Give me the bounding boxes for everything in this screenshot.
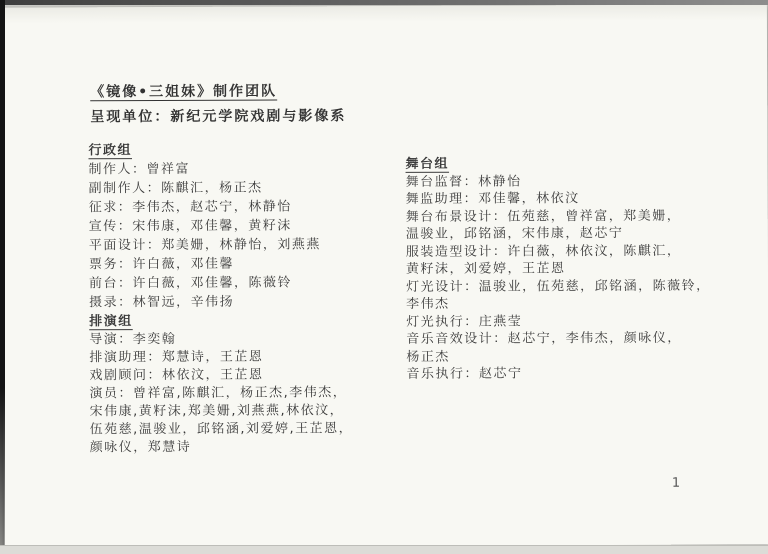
credit-line: 杨正杰 xyxy=(406,347,741,366)
credit-line: 音乐音效设计：赵芯宁，李伟杰，颜咏仪， xyxy=(406,329,741,348)
admin-section: 行政组 制作人：曾祥富副制作人：陈麒汇，杨正杰征求：李伟杰，赵芯宁，林静怡宣传：… xyxy=(88,140,404,312)
credit-line: 灯光执行：庄燕莹 xyxy=(406,312,741,331)
credit-line: 灯光设计：温骏业，伍苑慈，邱铭涵，陈薇铃， xyxy=(406,277,741,296)
admin-credit-lines: 制作人：曾祥富副制作人：陈麒汇，杨正杰征求：李伟杰，赵芯宁，林静怡宣传：宋伟康，… xyxy=(88,159,404,312)
credit-line: 制作人：曾祥富 xyxy=(88,159,403,179)
section-heading-rehearsal: 排演组 xyxy=(89,312,404,331)
credit-line: 舞台监督：林静怡 xyxy=(406,172,741,191)
section-heading-admin: 行政组 xyxy=(88,140,403,160)
document-title: 《镜像•三姐妹》制作团队 xyxy=(90,80,277,101)
paper-sheet: 《镜像•三姐妹》制作团队 呈现单位：新纪元学院戏剧与影像系 行政组 制作人：曾祥… xyxy=(2,4,768,547)
credit-line: 前台：许白薇，邓佳馨，陈薇铃 xyxy=(89,273,404,293)
scan-edge-bottom xyxy=(0,545,768,554)
credit-line: 音乐执行：赵芯宁 xyxy=(406,364,741,383)
rehearsal-credit-lines: 导演：李奕翰排演助理：郑慧诗，王芷恩戏剧顾问：林依汶，王芷恩演员：曾祥富,陈麒汇… xyxy=(89,330,405,457)
credit-line: 摄录：林智远，辛伟扬 xyxy=(89,292,404,312)
credit-line: 导演：李奕翰 xyxy=(89,330,404,349)
credit-line: 黄籽沫，刘爱婷，王芷恩 xyxy=(406,259,741,278)
credit-line: 戏剧顾问：林依汶，王芷恩 xyxy=(89,366,404,385)
credit-line: 票务：许白薇，邓佳馨 xyxy=(89,254,404,274)
credit-line: 演员：曾祥富,陈麒汇，杨正杰,李伟杰， xyxy=(89,384,404,403)
scanned-page-background: 《镜像•三姐妹》制作团队 呈现单位：新纪元学院戏剧与影像系 行政组 制作人：曾祥… xyxy=(0,0,768,554)
credit-line: 舞监助理：邓佳馨，林依汶 xyxy=(406,189,741,208)
credit-line: 服装造型设计：许白薇，林依汶，陈麒汇， xyxy=(406,242,741,261)
credit-line: 伍苑慈,温骏业，邱铭涵,刘爱婷,王芷恩， xyxy=(90,420,405,439)
credit-line: 平面设计：郑美姗，林静怡，刘燕燕 xyxy=(89,235,404,255)
scan-edge-top xyxy=(0,0,768,5)
credit-line: 征求：李伟杰，赵芯宁，林静怡 xyxy=(89,197,404,217)
stage-credit-lines: 舞台监督：林静怡舞监助理：邓佳馨，林依汶舞台布景设计：伍苑慈，曾祥富，郑美姗，温… xyxy=(406,172,742,383)
credit-line: 舞台布景设计：伍苑慈，曾祥富，郑美姗， xyxy=(406,207,741,226)
stage-section: 舞台组 舞台监督：林静怡舞监助理：邓佳馨，林依汶舞台布景设计：伍苑慈，曾祥富，郑… xyxy=(405,154,741,383)
page-number: 1 xyxy=(672,476,680,491)
credit-line: 宋伟康,黄籽沫,郑美姗,刘燕燕,林依汶， xyxy=(90,402,405,421)
credit-line: 颜咏仪，郑慧诗 xyxy=(90,438,405,457)
credit-line: 排演助理：郑慧诗，王芷恩 xyxy=(89,348,404,367)
credit-line: 李伟杰 xyxy=(406,294,741,313)
section-heading-stage: 舞台组 xyxy=(405,154,740,173)
credit-line: 副制作人：陈麒汇，杨正杰 xyxy=(89,178,404,198)
scan-edge-left xyxy=(0,0,5,554)
presenter-line: 呈现单位：新纪元学院戏剧与影像系 xyxy=(90,105,346,126)
credit-line: 温骏业，邱铭涵，宋伟康，赵芯宁 xyxy=(406,224,741,243)
rehearsal-section: 排演组 导演：李奕翰排演助理：郑慧诗，王芷恩戏剧顾问：林依汶，王芷恩演员：曾祥富… xyxy=(89,312,405,457)
credit-line: 宣传：宋伟康，邓佳馨，黄籽沫 xyxy=(89,216,404,236)
